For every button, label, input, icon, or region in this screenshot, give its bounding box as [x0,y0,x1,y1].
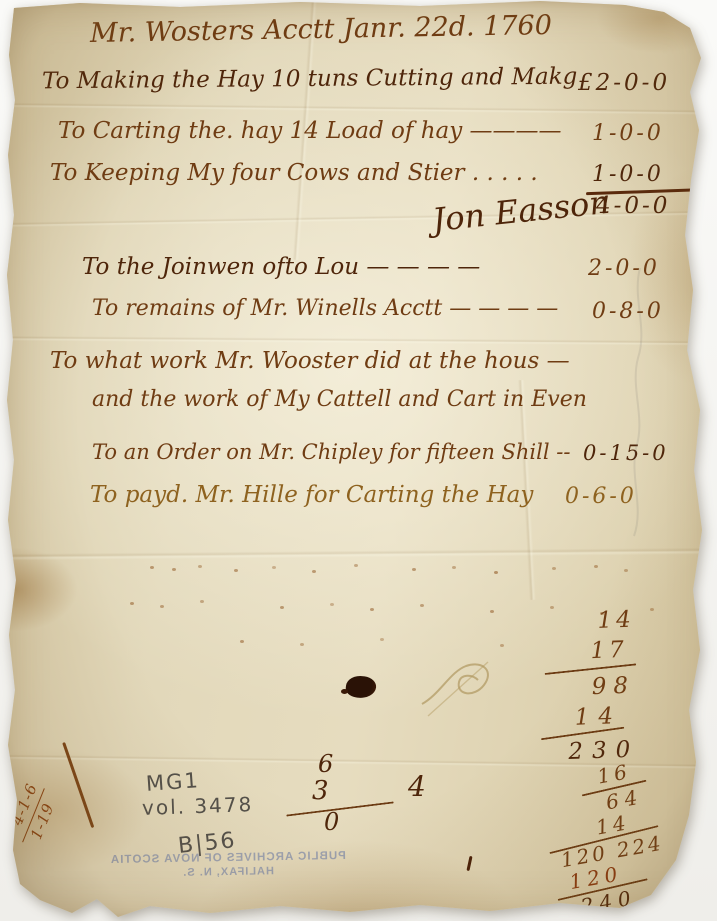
calc-number: 3 [312,776,329,806]
archive-collection-number: MG1 [145,768,200,796]
calc-number: 14 [546,700,647,733]
rotated-arithmetic: 1-13-9 4-1-6 1-19 [0,772,64,850]
note-line: To what work Mr. Wooster did at the hous… [50,348,570,374]
account-entry-text: To an Order on Mr. Chipley for fifteen S… [92,440,570,464]
account-entry-text: To remains of Mr. Winells Acctt — — — — [92,296,558,321]
account-entry-text: To Carting the. hay 14 Load of hay ———— [58,118,562,144]
calc-number: 14 [542,604,643,637]
paper-crease [0,331,717,348]
note-line: and the work of My Cattell and Cart in E… [92,387,587,412]
calc-number: 17 [543,634,644,667]
archive-volume-number: vol. 3478 [142,792,254,820]
arithmetic-column-mid-right: 14 17 98 14 230 [542,604,648,767]
archive-stamp-mirrored: PUBLIC ARCHIVES OF NOVA SCOTIA HALIFAX, … [92,850,364,881]
ink-bleed-speckles [240,640,244,643]
calc-number: 98 [545,670,646,703]
signature: Jon Easson [431,183,612,239]
paper-crease [0,542,717,564]
entry-amount: 1-0-0 [592,121,664,146]
calc-number: 0 [324,808,339,836]
arithmetic-bottom-right: 16 64 14 120 224 120 240 [518,756,674,921]
diagonal-stroke [63,742,95,828]
pen-flourish [418,658,502,718]
ink-bleed-speckles [130,602,134,605]
account-entry-text: To Making the Hay 10 tuns Cutting and Ma… [42,64,578,95]
small-ink-tick [466,856,472,871]
calc-rule [286,801,393,816]
ink-blot [341,689,348,694]
manuscript-paper: Mr. Wosters Acctt Janr. 22d. 1760 To Mak… [0,0,717,921]
paper-shadow-wrap: Mr. Wosters Acctt Janr. 22d. 1760 To Mak… [0,0,717,921]
ink-blot [345,674,378,700]
faint-pencil-marks [622,268,658,538]
document-title: Mr. Wosters Acctt Janr. 22d. 1760 [90,10,552,49]
scan-background: Mr. Wosters Acctt Janr. 22d. 1760 To Mak… [0,0,717,921]
calc-number: 4 [408,770,426,803]
calc-number: 6 [318,750,333,778]
stamp-line: HALIFAX, N. S. [92,864,364,881]
account-entry-text: To the Joinwen ofto Lou — — — — [82,254,480,280]
paper-crease [0,98,717,118]
entry-amount: £2-0-0 [578,70,670,96]
account-entry-text: To payd. Mr. Hille for Carting the Hay [90,482,533,508]
ink-bleed-speckles [150,566,154,569]
account-entry-text: To Keeping My four Cows and Stier . . . … [50,160,538,186]
